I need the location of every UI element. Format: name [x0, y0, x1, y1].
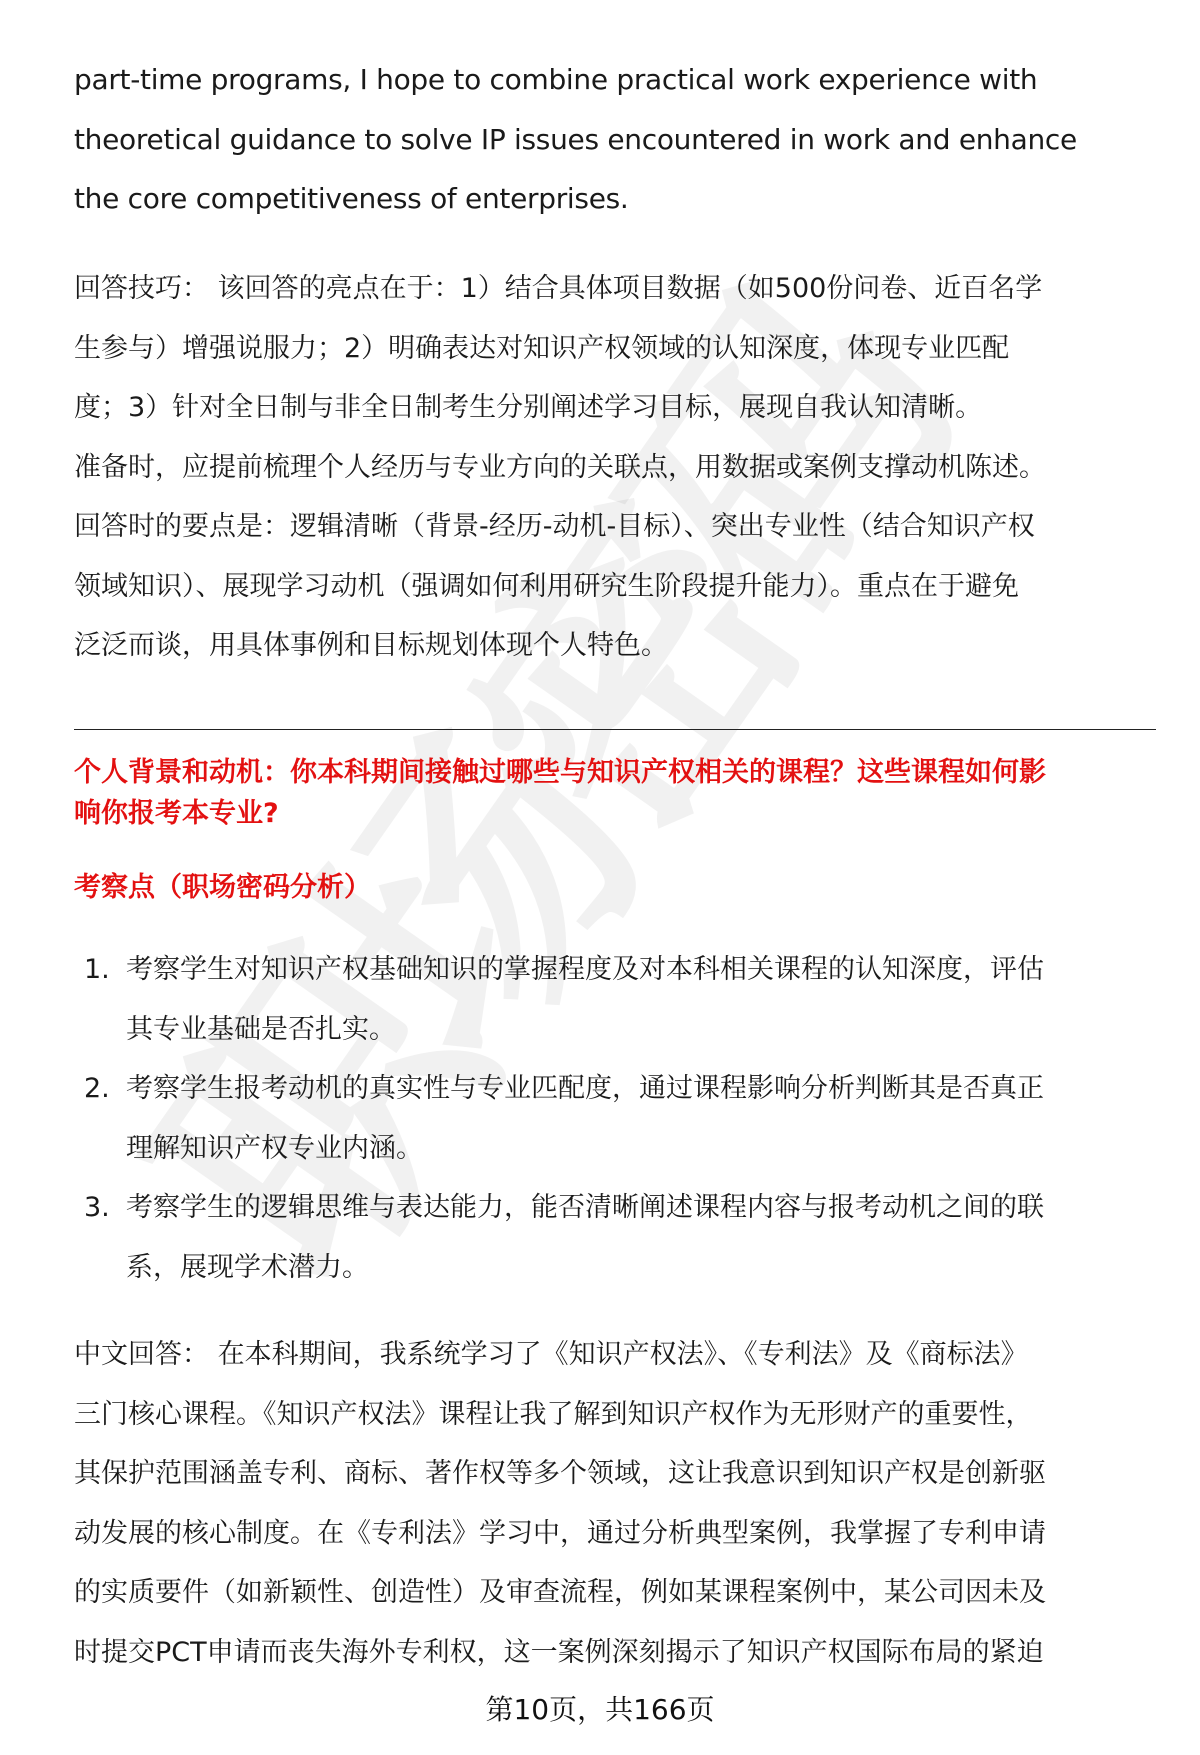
assessment-list: 1. 考察学生对知识产权基础知识的掌握程度及对本科相关课程的认知深度，评估 其专…: [74, 940, 1156, 1297]
text-line: part-time programs, I hope to combine pr…: [74, 50, 1156, 110]
text-line: 时提交PCT申请而丧失海外专利权，这一案例深刻揭示了知识产权国际布局的紧迫: [74, 1623, 1156, 1683]
text-line: 其专业基础是否扎实。: [126, 1000, 1156, 1060]
text-line: 领域知识）、展现学习动机（强调如何利用研究生阶段提升能力）。重点在于避免: [74, 557, 1156, 617]
text-line: 考察学生对知识产权基础知识的掌握程度及对本科相关课程的认知深度，评估: [126, 940, 1156, 1000]
assessment-heading: 考察点（职场密码分析）: [74, 868, 371, 908]
list-number: 1.: [84, 940, 110, 1000]
text-line: 泛泛而谈，用具体事例和目标规划体现个人特色。: [74, 616, 1156, 676]
text-line: 的实质要件（如新颖性、创造性）及审查流程，例如某课程案例中，某公司因未及: [74, 1563, 1156, 1623]
question-heading: 个人背景和动机：你本科期间接触过哪些与知识产权相关的课程？这些课程如何影 响你报…: [74, 752, 1156, 834]
list-number: 2.: [84, 1059, 110, 1119]
text-line: 考察学生的逻辑思维与表达能力，能否清晰阐述课程内容与报考动机之间的联: [126, 1178, 1156, 1238]
text-line: 回答时的要点是：逻辑清晰（背景-经历-动机-目标）、突出专业性（结合知识产权: [74, 497, 1156, 557]
text-line: 其保护范围涵盖专利、商标、著作权等多个领域，这让我意识到知识产权是创新驱: [74, 1444, 1156, 1504]
text-line: 系，展现学术潜力。: [126, 1238, 1156, 1298]
english-answer-continuation: part-time programs, I hope to combine pr…: [74, 50, 1156, 229]
text-line: 理解知识产权专业内涵。: [126, 1119, 1156, 1179]
list-item: 1. 考察学生对知识产权基础知识的掌握程度及对本科相关课程的认知深度，评估 其专…: [74, 940, 1156, 1059]
text-line: the core competitiveness of enterprises.: [74, 169, 1156, 229]
text-line: 三门核心课程。《知识产权法》课程让我了解到知识产权作为无形财产的重要性，: [74, 1385, 1156, 1445]
page-indicator: 第10页，共166页: [0, 1690, 1200, 1730]
list-number: 3.: [84, 1178, 110, 1238]
text-line: theoretical guidance to solve IP issues …: [74, 110, 1156, 170]
text-line: 生参与）增强说服力；2）明确表达对知识产权领域的认知深度，体现专业匹配: [74, 319, 1156, 379]
text-line: 度；3）针对全日制与非全日制考生分别阐述学习目标，展现自我认知清晰。: [74, 378, 1156, 438]
answer-tips: 回答技巧： 该回答的亮点在于：1）结合具体项目数据（如500份问卷、近百名学 生…: [74, 259, 1156, 676]
section-divider: [74, 729, 1156, 730]
question-line: 个人背景和动机：你本科期间接触过哪些与知识产权相关的课程？这些课程如何影: [74, 752, 1156, 793]
chinese-answer: 中文回答： 在本科期间，我系统学习了《知识产权法》、《专利法》及《商标法》 三门…: [74, 1325, 1156, 1682]
list-item: 3. 考察学生的逻辑思维与表达能力，能否清晰阐述课程内容与报考动机之间的联 系，…: [74, 1178, 1156, 1297]
list-item: 2. 考察学生报考动机的真实性与专业匹配度，通过课程影响分析判断其是否真正 理解…: [74, 1059, 1156, 1178]
text-line: 准备时，应提前梳理个人经历与专业方向的关联点，用数据或案例支撑动机陈述。: [74, 438, 1156, 498]
text-line: 中文回答： 在本科期间，我系统学习了《知识产权法》、《专利法》及《商标法》: [74, 1325, 1156, 1385]
question-line: 响你报考本专业?: [74, 793, 1156, 834]
text-line: 动发展的核心制度。在《专利法》学习中，通过分析典型案例，我掌握了专利申请: [74, 1504, 1156, 1564]
text-line: 回答技巧： 该回答的亮点在于：1）结合具体项目数据（如500份问卷、近百名学: [74, 259, 1156, 319]
text-line: 考察学生报考动机的真实性与专业匹配度，通过课程影响分析判断其是否真正: [126, 1059, 1156, 1119]
